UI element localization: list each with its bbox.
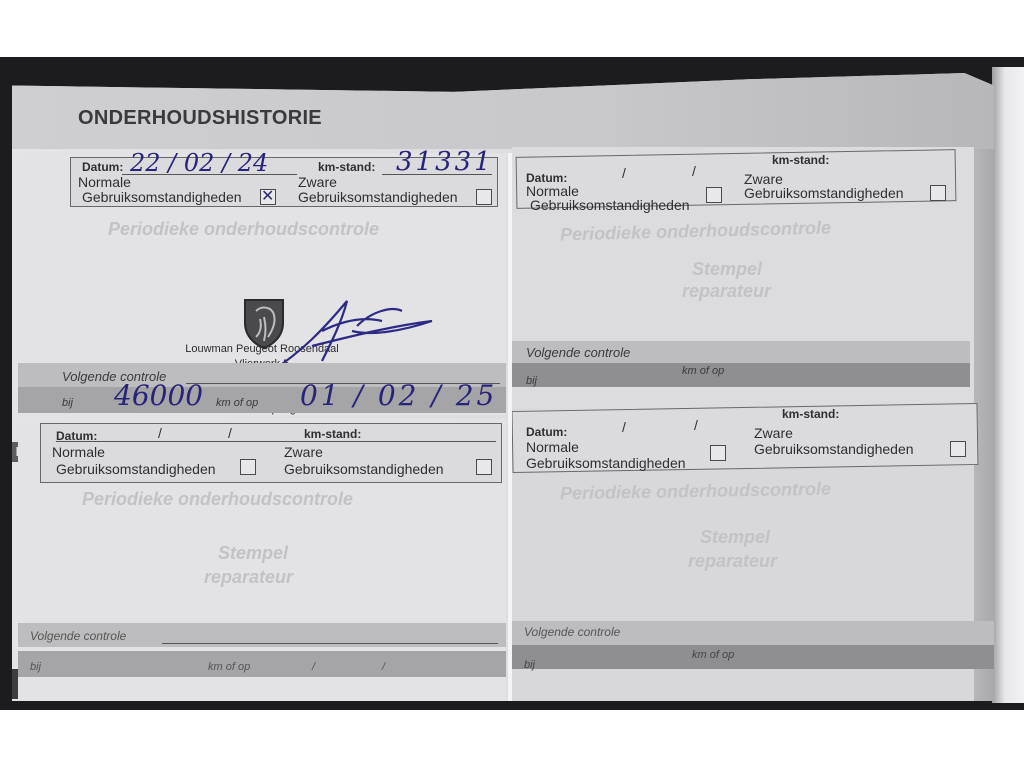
watermark-stamp-1: Stempel	[218, 543, 288, 564]
date-slash-1: /	[158, 425, 162, 441]
volgende-controle-label: Volgende controle	[524, 625, 620, 639]
bij-label: bij	[30, 661, 41, 673]
date-slash-2: /	[228, 425, 232, 441]
km-of-op-label: km of op	[692, 649, 734, 661]
date-slash-1: /	[312, 661, 315, 673]
next-km-band	[512, 363, 970, 387]
next-km-band	[512, 645, 996, 669]
zware-label: Zware	[284, 444, 323, 460]
bij-label: bij	[526, 375, 537, 387]
km-stand-label: km-stand:	[304, 427, 361, 441]
normale-label: Normale	[52, 444, 105, 460]
normale-gebruik-label: Gebruiksomstandigheden	[82, 189, 242, 205]
volgende-controle-line	[162, 643, 498, 644]
page-title: ONDERHOUDSHISTORIE	[78, 107, 322, 130]
zware-label: Zware	[754, 425, 793, 441]
zware-gebruik-label: Gebruiksomstandigheden	[754, 441, 914, 457]
watermark-title: Periodieke onderhoudscontrole	[108, 219, 379, 240]
next-km-band	[18, 651, 506, 677]
photo-background: ONDERHOUDSHISTORIE III Datum: 22 / 02 / …	[0, 57, 1024, 710]
watermark-stamp-1: Stempel	[692, 259, 762, 280]
date-slash-2: /	[692, 163, 696, 179]
zware-checkbox[interactable]	[930, 185, 946, 201]
normale-checkbox[interactable]	[706, 187, 722, 203]
datum-label: Datum:	[82, 160, 123, 174]
zware-label: Zware	[298, 174, 337, 190]
next-km-value[interactable]: 46000	[114, 379, 203, 412]
normale-checkbox[interactable]	[240, 459, 256, 475]
bij-label: bij	[524, 659, 535, 671]
watermark-title: Periodieke onderhoudscontrole	[82, 489, 353, 510]
zware-checkbox[interactable]	[476, 189, 492, 205]
page-edge	[992, 67, 1024, 703]
zware-gebruik-label: Gebruiksomstandigheden	[298, 189, 458, 205]
normale-checkbox[interactable]	[710, 445, 726, 461]
volgende-controle-label: Volgende controle	[30, 629, 126, 643]
watermark-stamp-2: reparateur	[682, 281, 771, 302]
next-date-value[interactable]: 01 / 02 / 25	[300, 379, 497, 412]
km-of-op-label: km of op	[682, 365, 724, 377]
normale-gebruik-label: Gebruiksomstandigheden	[530, 197, 690, 213]
zware-checkbox[interactable]	[476, 459, 492, 475]
km-stand-line	[56, 441, 496, 442]
column-divider	[508, 153, 512, 701]
zware-gebruik-label: Gebruiksomstandigheden	[284, 461, 444, 477]
date-slash-1: /	[622, 419, 626, 435]
km-stand-value[interactable]: 31331	[396, 147, 494, 177]
datum-label: Datum:	[526, 425, 567, 439]
date-slash-1: /	[622, 165, 626, 181]
zware-gebruik-label: Gebruiksomstandigheden	[744, 185, 904, 201]
km-of-op-label: km of op	[208, 661, 250, 673]
datum-value[interactable]: 22 / 02 / 24	[130, 149, 268, 177]
date-slash-2: /	[694, 417, 698, 433]
volgende-controle-label: Volgende controle	[526, 345, 630, 360]
normale-gebruik-label: Gebruiksomstandigheden	[56, 461, 216, 477]
km-stand-label: km-stand:	[782, 407, 839, 421]
bij-label: bij	[62, 397, 73, 409]
date-slash-2: /	[382, 661, 385, 673]
km-stand-label: km-stand:	[772, 153, 829, 167]
zware-checkbox[interactable]	[950, 441, 966, 457]
booklet-page: ONDERHOUDSHISTORIE III Datum: 22 / 02 / …	[12, 73, 994, 701]
watermark-stamp-1: Stempel	[700, 527, 770, 548]
normale-checkbox[interactable]	[260, 189, 276, 205]
km-stand-label: km-stand:	[318, 160, 375, 174]
normale-label: Normale	[526, 439, 579, 455]
watermark-stamp-2: reparateur	[204, 567, 293, 588]
normale-gebruik-label: Gebruiksomstandigheden	[526, 455, 686, 471]
normale-label: Normale	[78, 174, 131, 190]
watermark-stamp-2: reparateur	[688, 551, 777, 572]
km-of-op-label: km of op	[216, 397, 258, 409]
